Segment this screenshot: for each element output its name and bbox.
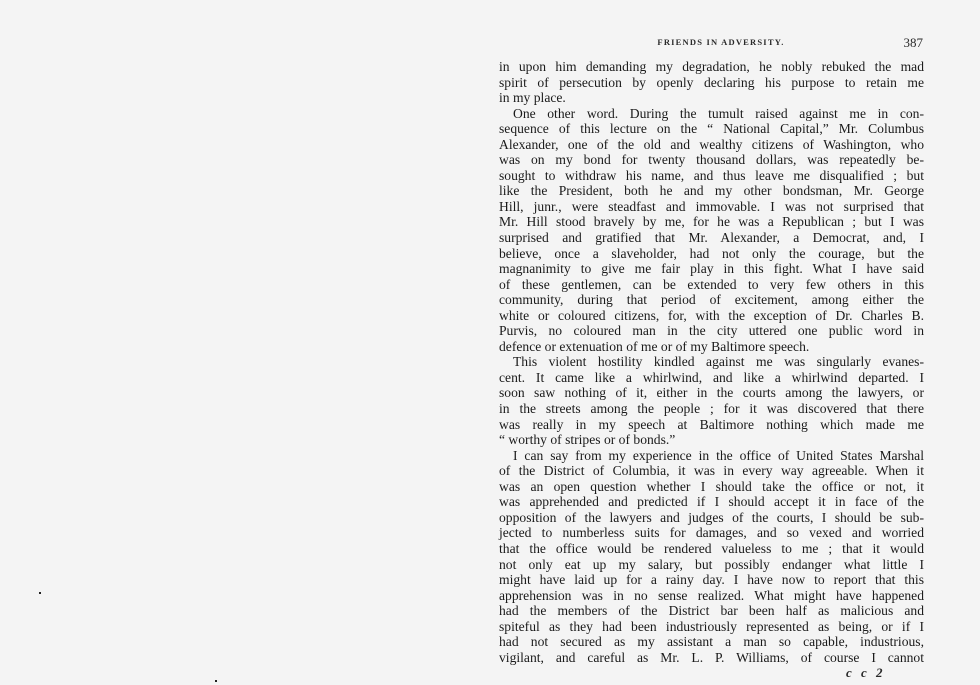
text-line: in my place. (499, 90, 924, 106)
paragraph: in upon him demanding my degradation, he… (499, 59, 924, 106)
paragraph: This violent hostility kindled against m… (499, 354, 924, 447)
book-page-scan: FRIENDS IN ADVERSITY. 387 in upon him de… (0, 0, 980, 685)
text-line: was on my bond for twenty thousand dolla… (499, 152, 924, 168)
text-line: like the President, both he and my other… (499, 183, 924, 199)
text-line: Alexander, one of the old and wealthy ci… (499, 137, 924, 153)
text-line: spiteful as they had been industriously … (499, 619, 924, 635)
text-line: “ worthy of stripes or of bonds.” (499, 432, 924, 448)
text-line: might have laid up for a rainy day. I ha… (499, 572, 924, 588)
text-line: was an open question whether I should ta… (499, 479, 924, 495)
text-line: defence or extenuation of me or of my Ba… (499, 339, 924, 355)
text-line: apprehension was in no sense realized. W… (499, 588, 924, 604)
running-head: FRIENDS IN ADVERSITY. 387 (499, 37, 923, 51)
text-line: of these gentlemen, can be extended to v… (499, 277, 924, 293)
text-line: magnanimity to give me fair play in this… (499, 261, 924, 277)
text-line: This violent hostility kindled against m… (499, 354, 924, 370)
text-line: One other word. During the tumult raised… (499, 106, 924, 122)
text-line: opposition of the lawyers and judges of … (499, 510, 924, 526)
text-line: not only eat up my salary, but possibly … (499, 557, 924, 573)
body-text: in upon him demanding my degradation, he… (499, 59, 924, 665)
text-line: Hill, junr., were steadfast and immovabl… (499, 199, 924, 215)
paragraph: I can say from my experience in the offi… (499, 448, 924, 666)
text-line: had the members of the District bar been… (499, 603, 924, 619)
text-line: surprised and gratified that Mr. Alexand… (499, 230, 924, 246)
text-line: spirit of persecution by openly declarin… (499, 75, 924, 91)
text-line: sought to withdraw his name, and thus le… (499, 168, 924, 184)
signature-mark: c c 2 (846, 665, 886, 681)
text-line: of the District of Columbia, it was in e… (499, 463, 924, 479)
text-line: Purvis, no coloured man in the city utte… (499, 323, 924, 339)
text-line: vigilant, and careful as Mr. L. P. Willi… (499, 650, 924, 666)
text-line: believe, once a slaveholder, had not onl… (499, 246, 924, 262)
text-line: sequence of this lecture on the “ Nation… (499, 121, 924, 137)
text-line: in upon him demanding my degradation, he… (499, 59, 924, 75)
scan-speck (215, 680, 217, 682)
text-line: Mr. Hill stood bravely by me, for he was… (499, 214, 924, 230)
text-line: cent. It came like a whirlwind, and like… (499, 370, 924, 386)
scan-speck (39, 592, 41, 594)
text-line: was really in my speech at Baltimore not… (499, 417, 924, 433)
text-line: white or coloured citizens, for, with th… (499, 308, 924, 324)
paragraph: One other word. During the tumult raised… (499, 106, 924, 355)
text-line: in the streets among the people ; for it… (499, 401, 924, 417)
text-line: soon saw nothing of it, either in the co… (499, 385, 924, 401)
text-line: had not secured as my assistant a man so… (499, 634, 924, 650)
page-number: 387 (904, 35, 924, 51)
text-line: that the office would be rendered valuel… (499, 541, 924, 557)
text-line: was apprehended and predicted if I shoul… (499, 494, 924, 510)
text-line: I can say from my experience in the offi… (499, 448, 924, 464)
text-line: jected to numberless suits for damages, … (499, 525, 924, 541)
text-line: community, during that period of excitem… (499, 292, 924, 308)
running-title: FRIENDS IN ADVERSITY. (499, 37, 923, 47)
